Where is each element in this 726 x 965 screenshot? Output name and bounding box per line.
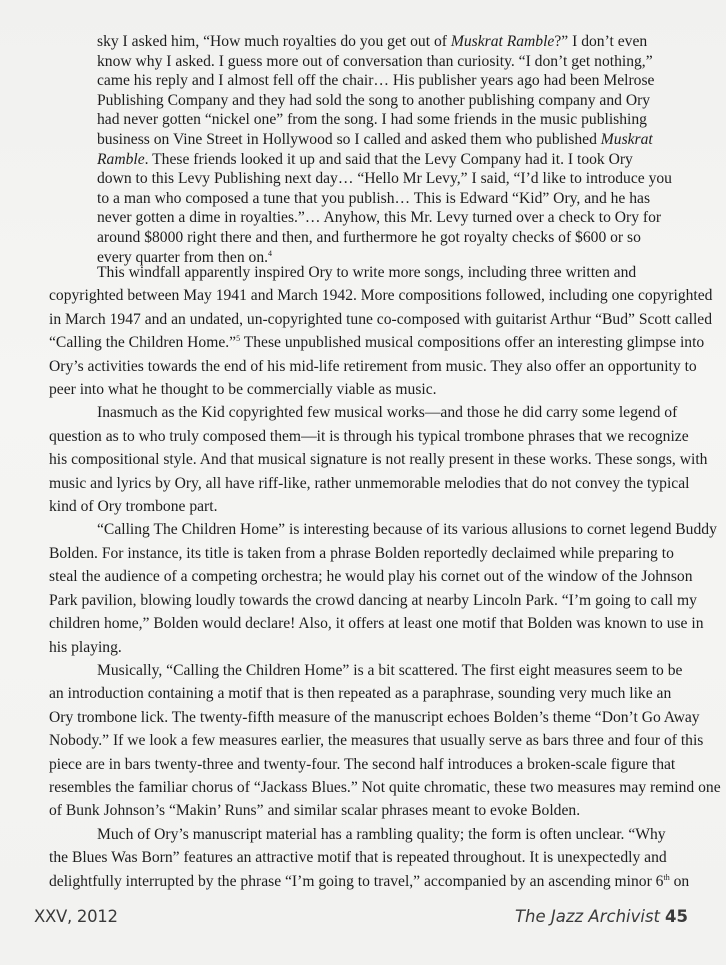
text-line: copyrighted between May 1941 and March 1… — [49, 284, 689, 307]
text-line: “Calling The Children Home” is interesti… — [49, 518, 689, 541]
text-line: Inasmuch as the Kid copyrighted few musi… — [49, 401, 689, 424]
quote-line: Ramble. These friends looked it up and s… — [97, 150, 657, 170]
issue-label: XXV, 2012 — [34, 907, 118, 926]
quote-line: came his reply and I almost fell off the… — [97, 71, 657, 91]
text-line: music and lyrics by Ory, all have riff-l… — [49, 472, 689, 495]
text-line: children home,” Bolden would declare! Al… — [49, 612, 689, 635]
quote-line: never gotten a dime in royalties.”… Anyh… — [97, 208, 657, 228]
text-line: of Bunk Johnson’s “Makin’ Runs” and simi… — [49, 799, 689, 822]
footnote-marker: 5 — [236, 334, 240, 343]
block-quotation: sky I asked him, “How much royalties do … — [97, 32, 657, 267]
quote-line: around $8000 right there and then, and f… — [97, 228, 657, 248]
text-line: piece are in bars twenty-three and twent… — [49, 753, 689, 776]
text-line: question as to who truly composed them—i… — [49, 425, 689, 448]
page-number: 45 — [665, 907, 688, 926]
text-line: his compositional style. And that musica… — [49, 448, 689, 471]
article-body: This windfall apparently inspired Ory to… — [49, 261, 689, 893]
page-footer: XXV, 2012 The Jazz Archivist45 — [0, 905, 726, 935]
text-line: This windfall apparently inspired Ory to… — [49, 261, 689, 284]
journal-footer: The Jazz Archivist45 — [515, 907, 688, 926]
italic-title: Muskrat — [601, 131, 653, 148]
text-line: kind of Ory trombone part. — [49, 495, 689, 518]
paragraph: Much of Ory’s manuscript material has a … — [49, 823, 689, 893]
text-line: peer into what he thought to be commerci… — [49, 378, 689, 401]
journal-page: sky I asked him, “How much royalties do … — [0, 0, 726, 965]
paragraph: Inasmuch as the Kid copyrighted few musi… — [49, 401, 689, 518]
quote-line: sky I asked him, “How much royalties do … — [97, 32, 657, 52]
italic-title: Muskrat Ramble — [451, 33, 555, 50]
text-line: an introduction containing a motif that … — [49, 682, 689, 705]
text-line: resembles the familiar chorus of “Jackas… — [49, 776, 689, 799]
text-line: Park pavilion, blowing loudly towards th… — [49, 589, 689, 612]
quote-line: know why I asked. I guess more out of co… — [97, 52, 657, 72]
footnote-marker: 4 — [268, 249, 272, 258]
quote-line: Publishing Company and they had sold the… — [97, 91, 657, 111]
italic-title: Ramble — [97, 151, 145, 168]
quote-line: down to this Levy Publishing next day… “… — [97, 169, 657, 189]
quote-line: to a man who composed a tune that you pu… — [97, 189, 657, 209]
quote-line: business on Vine Street in Hollywood so … — [97, 130, 657, 150]
paragraph: This windfall apparently inspired Ory to… — [49, 261, 689, 401]
text-line: his playing. — [49, 636, 689, 659]
quote-line: had never gotten “nickel one” from the s… — [97, 110, 657, 130]
text-line: delightfully interrupted by the phrase “… — [49, 870, 689, 893]
paragraph: “Calling The Children Home” is interesti… — [49, 518, 689, 658]
text-line: Much of Ory’s manuscript material has a … — [49, 823, 689, 846]
text-line: Ory trombone lick. The twenty-fifth meas… — [49, 706, 689, 729]
text-line: Ory’s activities towards the end of his … — [49, 355, 689, 378]
journal-title: The Jazz Archivist — [515, 907, 660, 926]
text-line: in March 1947 and an undated, un-copyrig… — [49, 308, 689, 331]
text-line: “Calling the Children Home.”5 These unpu… — [49, 331, 689, 354]
text-line: the Blues Was Born” features an attracti… — [49, 846, 689, 869]
footnote-marker: th — [663, 873, 669, 882]
text-line: Musically, “Calling the Children Home” i… — [49, 659, 689, 682]
paragraph: Musically, “Calling the Children Home” i… — [49, 659, 689, 823]
text-line: Nobody.” If we look a few measures earli… — [49, 729, 689, 752]
text-line: Bolden. For instance, its title is taken… — [49, 542, 689, 565]
text-line: steal the audience of a competing orches… — [49, 565, 689, 588]
